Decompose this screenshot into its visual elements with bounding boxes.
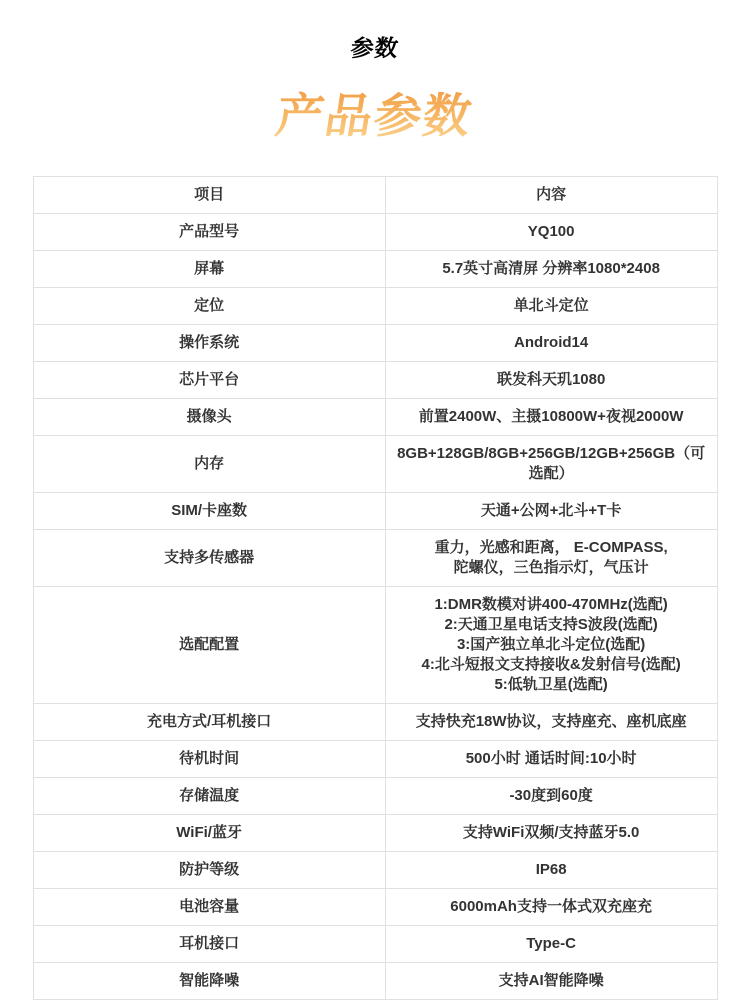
table-row: 产品型号YQ100 xyxy=(33,214,717,251)
cell-item: 防护等级 xyxy=(33,852,385,889)
cell-content: Android14 xyxy=(385,325,717,362)
cell-item: 内存 xyxy=(33,436,385,493)
content-line: Type-C xyxy=(392,934,711,954)
cell-item: 定位 xyxy=(33,288,385,325)
content-line: 500小时 通话时间:10小时 xyxy=(392,749,711,769)
table-row: 充电方式/耳机接口支持快充18W协议，支持座充、座机底座 xyxy=(33,704,717,741)
content-line: 1:DMR数模对讲400-470MHz(选配) xyxy=(392,595,711,615)
cell-item: 选配配置 xyxy=(33,587,385,704)
cell-content: Type-C xyxy=(385,926,717,963)
cell-item: 耳机接口 xyxy=(33,926,385,963)
content-line: 5:低轨卫星(选配) xyxy=(392,675,711,695)
content-line: 3:国产独立单北斗定位(选配) xyxy=(392,635,711,655)
cell-content: 支持快充18W协议，支持座充、座机底座 xyxy=(385,704,717,741)
table-row: 摄像头前置2400W、主摄10800W+夜视2000W xyxy=(33,399,717,436)
cell-item: 屏幕 xyxy=(33,251,385,288)
content-line: 支持快充18W协议，支持座充、座机底座 xyxy=(392,712,711,732)
header-cell-content: 内容 xyxy=(385,177,717,214)
cell-content: 天通+公网+北斗+T卡 xyxy=(385,493,717,530)
cell-content: 1:DMR数模对讲400-470MHz(选配)2:天通卫星电话支持S波段(选配)… xyxy=(385,587,717,704)
cell-item: SIM/卡座数 xyxy=(33,493,385,530)
table-row: 选配配置1:DMR数模对讲400-470MHz(选配)2:天通卫星电话支持S波段… xyxy=(33,587,717,704)
table-row: 定位单北斗定位 xyxy=(33,288,717,325)
page-title: 参数 xyxy=(0,30,750,63)
content-line: Android14 xyxy=(392,333,711,353)
table-header-row: 项目 内容 xyxy=(33,177,717,214)
cell-content: 5.7英寸高清屏 分辨率1080*2408 xyxy=(385,251,717,288)
table-row: 耳机接口Type-C xyxy=(33,926,717,963)
content-line: IP68 xyxy=(392,860,711,880)
cell-content: -30度到60度 xyxy=(385,778,717,815)
cell-content: 6000mAh支持一体式双充座充 xyxy=(385,889,717,926)
spec-table-container: 项目 内容 产品型号YQ100屏幕5.7英寸高清屏 分辨率1080*2408定位… xyxy=(33,176,718,1000)
page-heading-text: 产品参数 xyxy=(272,79,479,146)
table-row: 操作系统Android14 xyxy=(33,325,717,362)
header-cell-item: 项目 xyxy=(33,177,385,214)
content-line: 2:天通卫星电话支持S波段(选配) xyxy=(392,615,711,635)
cell-content: 支持WiFi双频/支持蓝牙5.0 xyxy=(385,815,717,852)
cell-item: 支持多传感器 xyxy=(33,530,385,587)
table-row: 待机时间500小时 通话时间:10小时 xyxy=(33,741,717,778)
cell-content: IP68 xyxy=(385,852,717,889)
table-row: 内存8GB+128GB/8GB+256GB/12GB+256GB（可选配） xyxy=(33,436,717,493)
table-row: 智能降噪支持AI智能降噪 xyxy=(33,963,717,1000)
content-line: 6000mAh支持一体式双充座充 xyxy=(392,897,711,917)
table-row: 屏幕5.7英寸高清屏 分辨率1080*2408 xyxy=(33,251,717,288)
table-row: 支持多传感器重力，光感和距离， E-COMPASS,陀螺仪，三色指示灯，气压计 xyxy=(33,530,717,587)
cell-item: 存储温度 xyxy=(33,778,385,815)
content-line: 5.7英寸高清屏 分辨率1080*2408 xyxy=(392,259,711,279)
cell-item: 电池容量 xyxy=(33,889,385,926)
cell-item: 充电方式/耳机接口 xyxy=(33,704,385,741)
cell-content: 8GB+128GB/8GB+256GB/12GB+256GB（可选配） xyxy=(385,436,717,493)
table-row: WiFi/蓝牙支持WiFi双频/支持蓝牙5.0 xyxy=(33,815,717,852)
spec-table: 项目 内容 产品型号YQ100屏幕5.7英寸高清屏 分辨率1080*2408定位… xyxy=(33,176,718,1000)
table-row: 存储温度-30度到60度 xyxy=(33,778,717,815)
content-line: 8GB+128GB/8GB+256GB/12GB+256GB（可选配） xyxy=(392,444,711,484)
table-row: SIM/卡座数天通+公网+北斗+T卡 xyxy=(33,493,717,530)
cell-content: 联发科天玑1080 xyxy=(385,362,717,399)
cell-item: 摄像头 xyxy=(33,399,385,436)
cell-item: 操作系统 xyxy=(33,325,385,362)
content-line: YQ100 xyxy=(392,222,711,242)
cell-content: 单北斗定位 xyxy=(385,288,717,325)
table-row: 电池容量6000mAh支持一体式双充座充 xyxy=(33,889,717,926)
cell-content: 支持AI智能降噪 xyxy=(385,963,717,1000)
content-line: 陀螺仪，三色指示灯，气压计 xyxy=(392,558,711,578)
page-title-text: 参数 xyxy=(349,30,402,63)
table-row: 防护等级IP68 xyxy=(33,852,717,889)
page-heading: 产品参数 xyxy=(0,79,750,146)
cell-item: 芯片平台 xyxy=(33,362,385,399)
content-line: 支持WiFi双频/支持蓝牙5.0 xyxy=(392,823,711,843)
cell-item: 智能降噪 xyxy=(33,963,385,1000)
content-line: 前置2400W、主摄10800W+夜视2000W xyxy=(392,407,711,427)
content-line: 天通+公网+北斗+T卡 xyxy=(392,501,711,521)
cell-item: 产品型号 xyxy=(33,214,385,251)
content-line: 支持AI智能降噪 xyxy=(392,971,711,991)
spec-table-body: 产品型号YQ100屏幕5.7英寸高清屏 分辨率1080*2408定位单北斗定位操… xyxy=(33,214,717,1000)
content-line: -30度到60度 xyxy=(392,786,711,806)
content-line: 重力，光感和距离， E-COMPASS, xyxy=(392,538,711,558)
cell-content: 重力，光感和距离， E-COMPASS,陀螺仪，三色指示灯，气压计 xyxy=(385,530,717,587)
content-line: 单北斗定位 xyxy=(392,296,711,316)
table-row: 芯片平台联发科天玑1080 xyxy=(33,362,717,399)
cell-content: 前置2400W、主摄10800W+夜视2000W xyxy=(385,399,717,436)
content-line: 4:北斗短报文支持接收&发射信号(选配) xyxy=(392,655,711,675)
cell-item: WiFi/蓝牙 xyxy=(33,815,385,852)
cell-content: 500小时 通话时间:10小时 xyxy=(385,741,717,778)
cell-content: YQ100 xyxy=(385,214,717,251)
content-line: 联发科天玑1080 xyxy=(392,370,711,390)
cell-item: 待机时间 xyxy=(33,741,385,778)
